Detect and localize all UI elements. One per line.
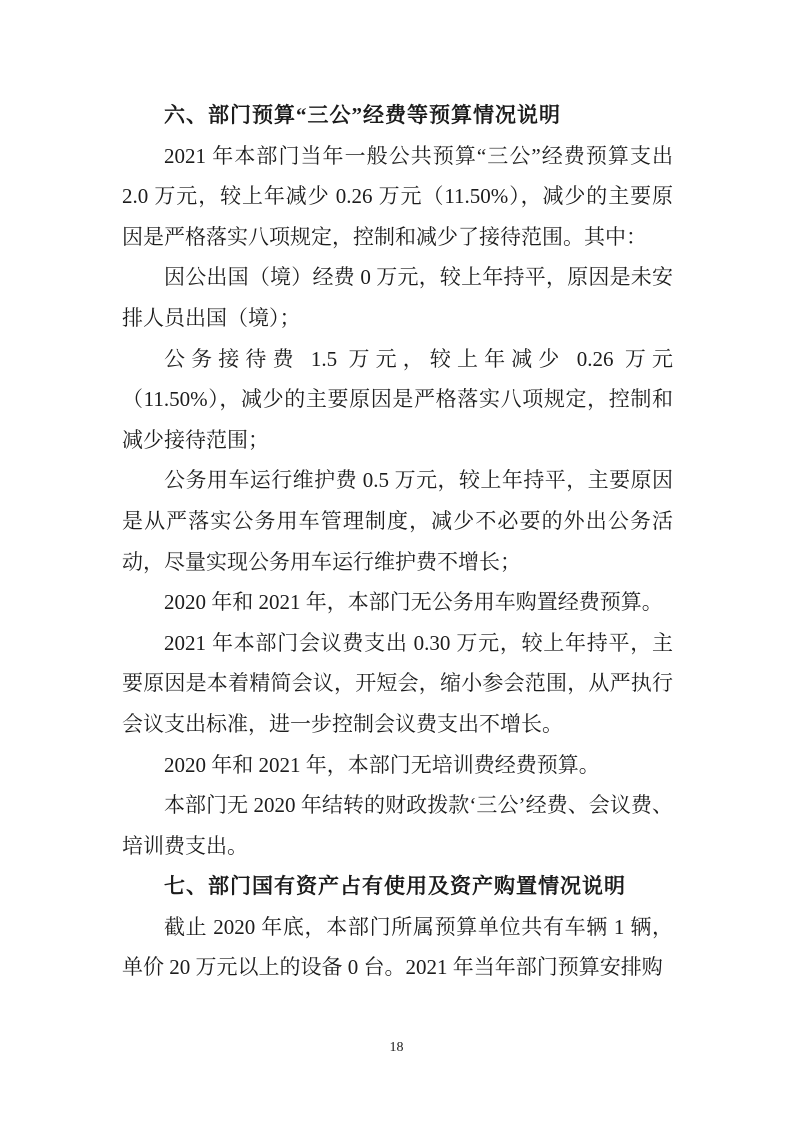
paragraph-official-reception: 公务接待费 1.5 万元，较上年减少 0.26 万元（11.50%），减少的主要… xyxy=(122,339,673,461)
paragraph-carryover-funds: 本部门无 2020 年结转的财政拨款‘三公’经费、会议费、培训费支出。 xyxy=(122,785,673,866)
paragraph-vehicle-maintenance: 公务用车运行维护费 0.5 万元，较上年持平，主要原因是从严落实公务用车管理制度… xyxy=(122,460,673,582)
document-body: 六、部门预算“三公”经费等预算情况说明 2021 年本部门当年一般公共预算“三公… xyxy=(122,95,673,988)
paragraph-assets-summary: 截止 2020 年底，本部门所属预算单位共有车辆 1 辆，单价 20 万元以上的… xyxy=(122,907,673,988)
page-number: 18 xyxy=(0,1038,793,1058)
paragraph-overseas-trips: 因公出国（境）经费 0 万元，较上年持平，原因是未安排人员出国（境）； xyxy=(122,257,673,338)
paragraph-meeting-fees: 2021 年本部门会议费支出 0.30 万元，较上年持平，主要原因是本着精简会议… xyxy=(122,623,673,745)
section-state-assets: 七、部门国有资产占有使用及资产购置情况说明 截止 2020 年底，本部门所属预算… xyxy=(122,866,673,988)
document-page: 六、部门预算“三公”经费等预算情况说明 2021 年本部门当年一般公共预算“三公… xyxy=(0,0,793,1122)
paragraph-training-fees: 2020 年和 2021 年，本部门无培训费经费预算。 xyxy=(122,745,673,786)
paragraph-budget-total: 2021 年本部门当年一般公共预算“三公”经费预算支出 2.0 万元，较上年减少… xyxy=(122,136,673,258)
section-heading-six: 六、部门预算“三公”经费等预算情况说明 xyxy=(122,95,673,136)
paragraph-vehicle-purchase: 2020 年和 2021 年，本部门无公务用车购置经费预算。 xyxy=(122,582,673,623)
section-heading-seven: 七、部门国有资产占有使用及资产购置情况说明 xyxy=(122,866,673,907)
section-three-public-funds: 六、部门预算“三公”经费等预算情况说明 2021 年本部门当年一般公共预算“三公… xyxy=(122,95,673,866)
